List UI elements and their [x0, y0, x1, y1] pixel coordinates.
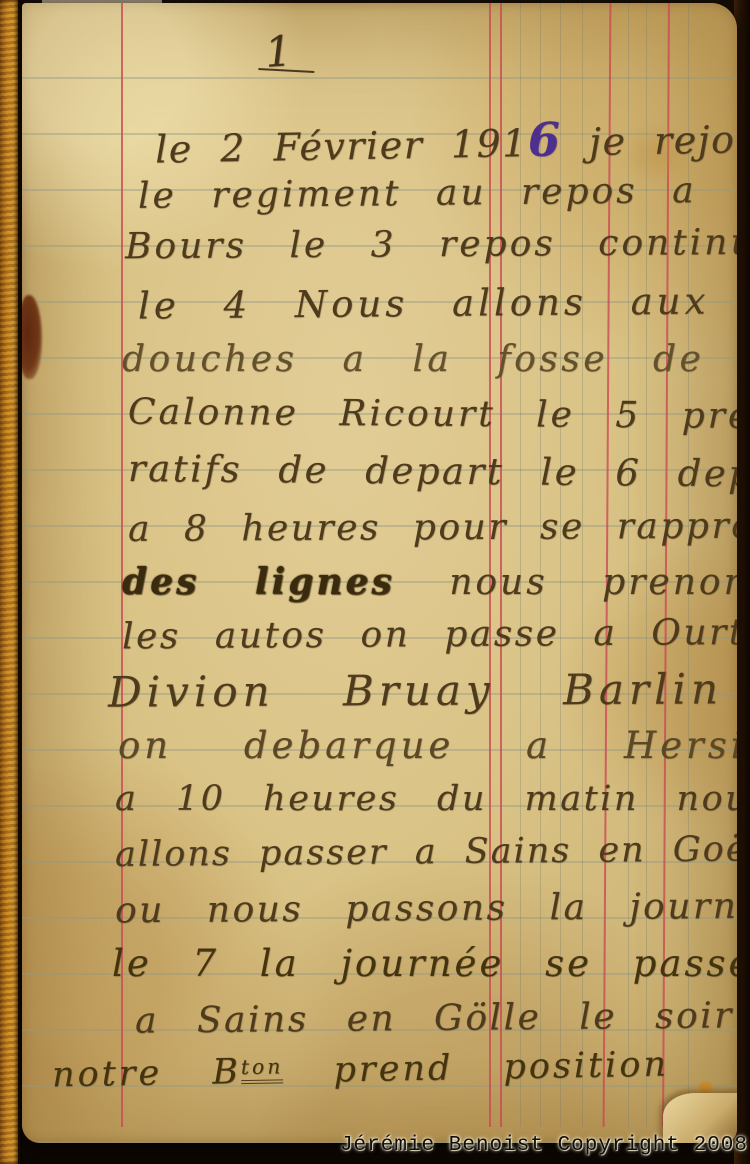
page-number-text: 1 [263, 26, 293, 77]
overwritten-words: des lignes [122, 561, 395, 603]
manuscript-line-15: ou nous passons la journée [115, 886, 737, 932]
manuscript-line-6: Calonne Ricourt le 5 prépa- [128, 392, 737, 438]
manuscript-line-4: le 4 Nous allons aux [138, 280, 710, 328]
manuscript-line-9: des lignes nous prenons [122, 561, 737, 603]
manuscript-line-14: allons passer a Sains en Goëlle [115, 829, 737, 875]
manuscript-line-18: notre Bton prend position [52, 1045, 670, 1096]
ink-stain [22, 295, 42, 379]
scanned-notebook-photo: 1 le 2 Février 1916 je rejoint le regime… [0, 0, 750, 1164]
manuscript-line-11: Divion Bruay Barlin [108, 664, 723, 716]
page-number: 1 [263, 26, 293, 77]
manuscript-line-2: le regiment au repos a [138, 170, 697, 217]
manuscript-line-10: les autos on passe a Ourton [122, 612, 737, 658]
purple-ink-digit: 6 [527, 111, 562, 167]
manuscript-line-17: a Sains en Gölle le soir [135, 995, 734, 1041]
manuscript-line-1: le 2 Février 1916 je rejoint [155, 107, 737, 173]
superscript-abbreviation: ton [241, 1054, 284, 1084]
copyright-watermark: Jérémie Benoist Copyright 2008 [340, 1134, 748, 1157]
manuscript-line-8: a 8 heures pour se rapprocher [128, 505, 737, 550]
manuscript-line-12: on debarque a Hersin [118, 724, 737, 767]
notebook-page: 1 le 2 Février 1916 je rejoint le regime… [22, 3, 737, 1143]
manuscript-line-5: douches a la fosse de [122, 339, 704, 380]
notebook-cover-edge [0, 0, 20, 1164]
manuscript-line-13: a 10 heures du matin nous [115, 779, 737, 819]
manuscript-line-7: ratifs de depart le 6 depart [128, 447, 737, 496]
manuscript-line-3: Bours le 3 repos continue [125, 222, 737, 268]
manuscript-line-16: le 7 la journée se passe [112, 942, 737, 985]
